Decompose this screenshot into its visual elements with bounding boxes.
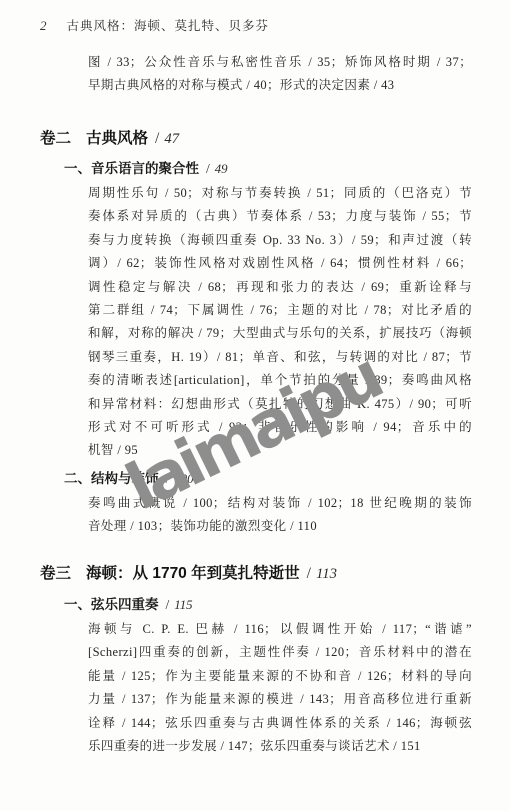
slash-separator: / xyxy=(155,130,159,147)
page-ref: 115 xyxy=(174,598,192,612)
toc-line: 能量 / 125；作为主要能量来源的不协和音 / 126；材料的导向 xyxy=(88,665,472,688)
subsection-label: 一、 xyxy=(64,597,91,612)
slash-separator: / xyxy=(166,471,170,486)
subsection-label: 一、 xyxy=(64,161,91,176)
toc-paragraph-sec2-2: 奏鸣曲式概说 / 100；结构对装饰 / 102；18 世纪晚期的装饰 音处理 … xyxy=(88,492,472,539)
part-label: 卷三 xyxy=(40,565,71,582)
slash-separator: / xyxy=(166,597,170,612)
part-title: 古典风格 xyxy=(86,130,148,147)
page-ref: 47 xyxy=(164,131,179,147)
toc-line: 和解，对称的解决 / 79；大型曲式与乐句的关系，扩展技巧（海顿 xyxy=(88,322,472,345)
toc-line: 奏鸣曲式概说 / 100；结构对装饰 / 102；18 世纪晚期的装饰 xyxy=(88,492,472,515)
toc-line: 奏的清晰表述[articulation]，单个节拍的分量 / 89；奏鸣曲风格 xyxy=(88,369,472,392)
running-header: 2古典风格：海顿、莫扎特、贝多芬 xyxy=(40,16,269,34)
toc-line: 调）/ 62；装饰性风格对戏剧性风格 / 64；惯例性材料 / 66； xyxy=(88,252,472,275)
toc-line: 形式对不可听形式 / 92；非音乐性的影响 / 94；音乐中的 xyxy=(88,416,472,439)
toc-line: 钢琴三重奏，H. 19）/ 81；单音、和弦，与转调的对比 / 87；节 xyxy=(88,346,472,369)
toc-line: 海顿与 C. P. E. 巴赫 / 116；以假调性开始 / 117；“谐谑” xyxy=(88,618,472,641)
part-heading-3: 卷三海顿：从 1770 年到莫扎特逝世/113 xyxy=(40,561,337,583)
toc-line: 力量 / 137；作为能量来源的模进 / 143；用音高移位进行重新 xyxy=(88,688,472,711)
toc-line: 早期古典风格的对称与模式 / 40；形式的决定因素 / 43 xyxy=(88,74,472,97)
book-title: 古典风格：海顿、莫扎特、贝多芬 xyxy=(67,19,270,33)
toc-line: 和异常材料：幻想曲形式（莫扎特的幻想曲 K. 475）/ 90；可听 xyxy=(88,393,472,416)
toc-paragraph-sec3-1: 海顿与 C. P. E. 巴赫 / 116；以假调性开始 / 117；“谐谑” … xyxy=(88,618,472,758)
subsection-label: 二、 xyxy=(64,471,91,486)
part-label: 卷二 xyxy=(40,130,71,147)
toc-line: 音处理 / 103；装饰功能的激烈变化 / 110 xyxy=(88,515,472,538)
toc-paragraph-sec2-1: 周期性乐句 / 50；对称与节奏转换 / 51；同质的（巴洛克）节 奏体系对异质… xyxy=(88,182,472,463)
subsection-title: 音乐语言的聚合性 xyxy=(91,161,199,176)
subsection-heading: 一、弦乐四重奏/115 xyxy=(64,593,193,613)
toc-line: 诠释 / 144；弦乐四重奏与古典调性体系的关系 / 146；海顿弦 xyxy=(88,712,472,735)
toc-line: 调性稳定与解决 / 68；再现和张力的表达 / 69；重新诠释与 xyxy=(88,276,472,299)
document-page: 2古典风格：海顿、莫扎特、贝多芬 图 / 33；公众性音乐与私密性音乐 / 35… xyxy=(0,0,510,811)
toc-line: [Scherzi]四重奏的创新，主题性伴奏 / 120；音乐材料中的潜在 xyxy=(88,641,472,664)
page-ref: 49 xyxy=(215,162,228,176)
page-ref: 113 xyxy=(316,566,337,582)
subsection-title: 弦乐四重奏 xyxy=(91,597,159,612)
page-number: 2 xyxy=(40,18,47,33)
toc-line: 奏与力度转换（海顿四重奏 Op. 33 No. 3）/ 59；和声过渡（转 xyxy=(88,229,472,252)
slash-separator: / xyxy=(206,161,210,176)
toc-line: 乐四重奏的进一步发展 / 147；弦乐四重奏与谈话艺术 / 151 xyxy=(88,735,472,758)
toc-paragraph-intro: 图 / 33；公众性音乐与私密性音乐 / 35；矫饰风格时期 / 37； 早期古… xyxy=(88,51,472,98)
subsection-title: 结构与装饰 xyxy=(91,471,159,486)
toc-line: 奏体系对异质的（古典）节奏体系 / 53；力度与装饰 / 55；节 xyxy=(88,205,472,228)
page-ref: 100 xyxy=(174,472,193,486)
toc-line: 周期性乐句 / 50；对称与节奏转换 / 51；同质的（巴洛克）节 xyxy=(88,182,472,205)
toc-line: 第二群组 / 74；下属调性 / 76；主题的对比 / 78；对比矛盾的 xyxy=(88,299,472,322)
slash-separator: / xyxy=(307,565,311,582)
subsection-heading: 二、结构与装饰/100 xyxy=(64,467,193,487)
part-heading-2: 卷二古典风格/47 xyxy=(40,126,179,148)
subsection-heading: 一、音乐语言的聚合性/49 xyxy=(64,157,228,177)
part-title: 海顿：从 1770 年到莫扎特逝世 xyxy=(86,565,300,582)
toc-line: 机智 / 95 xyxy=(88,439,472,462)
toc-line: 图 / 33；公众性音乐与私密性音乐 / 35；矫饰风格时期 / 37； xyxy=(88,51,472,74)
